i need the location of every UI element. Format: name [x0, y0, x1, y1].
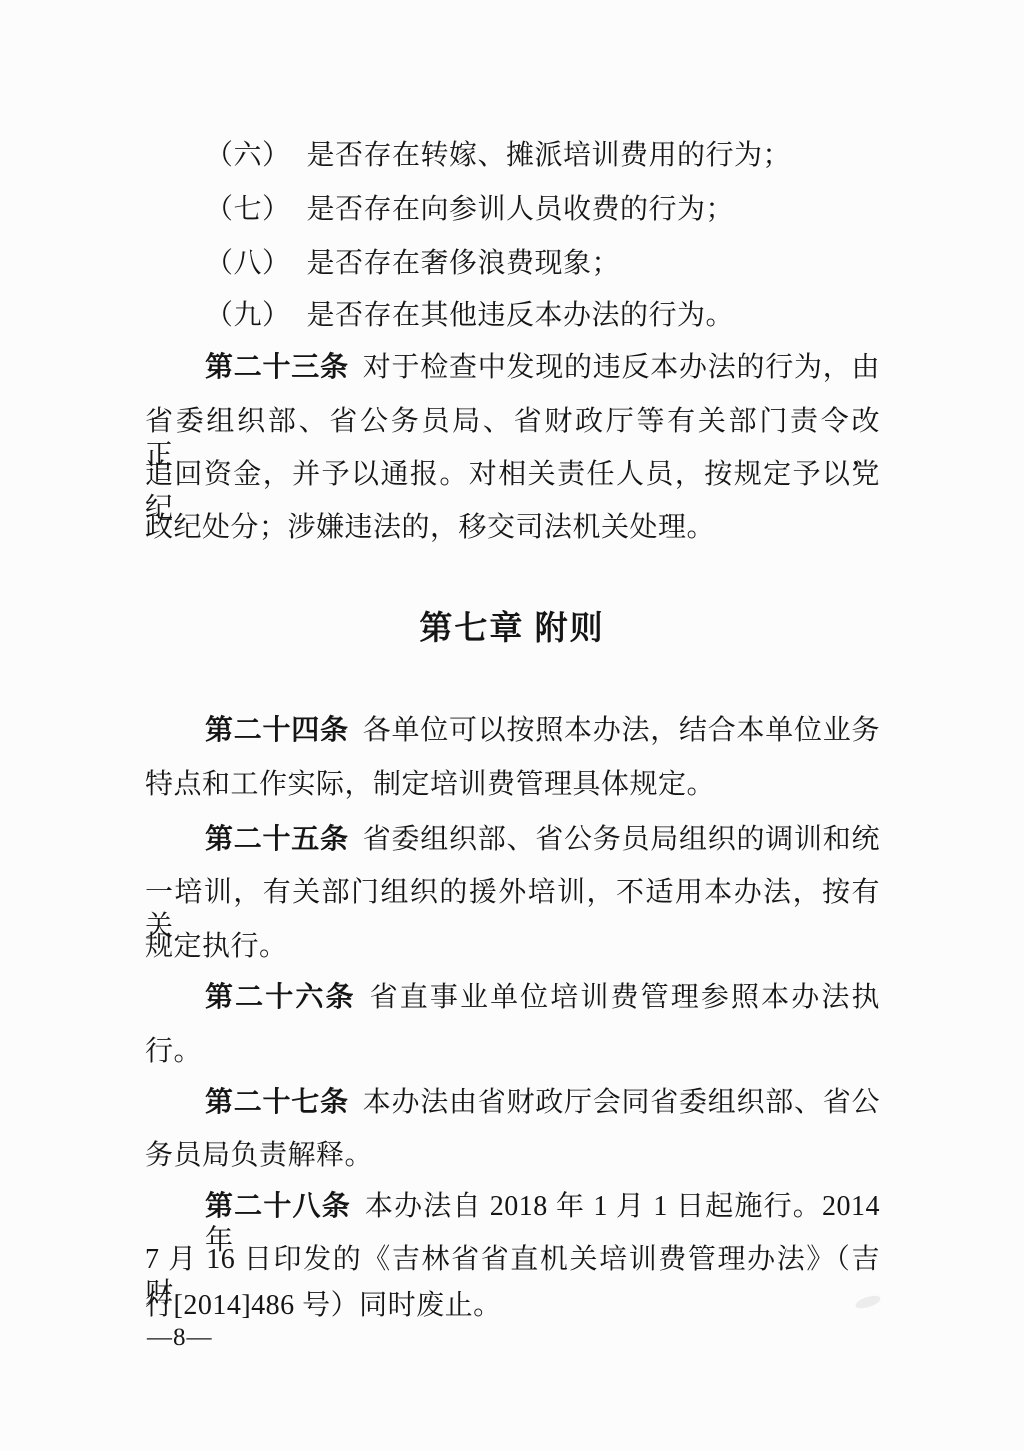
article-27-label: 第二十七条 [205, 1087, 349, 1118]
article-26-line-1-text: 省直事业单位培训费管理参照本办法执 [370, 982, 880, 1013]
list-item-8-text: 是否存在奢侈浪费现象； [307, 248, 621, 279]
list-item-9: （九）是否存在其他违反本办法的行为。 [205, 299, 734, 333]
chapter-7-heading: 第七章 附则 [0, 602, 1024, 649]
article-23-line-1: 第二十三条对于检查中发现的违反本办法的行为，由 [205, 351, 880, 385]
list-item-7-text: 是否存在向参训人员收费的行为； [307, 194, 735, 225]
article-28-label: 第二十八条 [205, 1191, 351, 1222]
list-item-7-number: （七） [205, 193, 291, 227]
page-number: —8— [147, 1324, 213, 1352]
article-23-line-4: 政纪处分；涉嫌违法的，移交司法机关处理。 [145, 511, 715, 545]
document-page: （六）是否存在转嫁、摊派培训费用的行为； （七）是否存在向参训人员收费的行为； … [0, 0, 1024, 1451]
article-24-line-1: 第二十四条各单位可以按照本办法，结合本单位业务 [205, 714, 880, 748]
article-25-line-3: 规定执行。 [145, 930, 288, 964]
list-item-7: （七）是否存在向参训人员收费的行为； [205, 193, 734, 227]
article-25-label: 第二十五条 [205, 824, 349, 855]
article-24-label: 第二十四条 [205, 715, 349, 746]
article-23-label: 第二十三条 [205, 352, 349, 383]
article-24-line-2: 特点和工作实际，制定培训费管理具体规定。 [145, 768, 715, 802]
article-24-line-1-text: 各单位可以按照本办法，结合本单位业务 [363, 715, 880, 746]
article-25-line-1-text: 省委组织部、省公务员局组织的调训和统 [363, 824, 880, 855]
article-27-line-2: 务员局负责解释。 [145, 1139, 373, 1173]
article-28-line-3: 行[2014]486 号）同时废止。 [145, 1289, 502, 1323]
article-26-line-2: 行。 [145, 1035, 202, 1069]
article-25-line-1: 第二十五条省委组织部、省公务员局组织的调训和统 [205, 823, 880, 857]
list-item-6: （六）是否存在转嫁、摊派培训费用的行为； [205, 139, 791, 173]
article-26-line-1: 第二十六条省直事业单位培训费管理参照本办法执 [205, 981, 880, 1015]
list-item-8-number: （八） [205, 247, 291, 281]
list-item-6-number: （六） [205, 139, 291, 173]
list-item-9-number: （九） [205, 299, 291, 333]
list-item-9-text: 是否存在其他违反本办法的行为。 [307, 300, 735, 331]
article-26-label: 第二十六条 [205, 982, 356, 1013]
list-item-8: （八）是否存在奢侈浪费现象； [205, 247, 620, 281]
list-item-6-text: 是否存在转嫁、摊派培训费用的行为； [307, 140, 792, 171]
article-23-line-1-text: 对于检查中发现的违反本办法的行为，由 [363, 352, 880, 383]
article-27-line-1: 第二十七条本办法由省财政厅会同省委组织部、省公 [205, 1086, 880, 1120]
article-27-line-1-text: 本办法由省财政厅会同省委组织部、省公 [363, 1087, 880, 1118]
